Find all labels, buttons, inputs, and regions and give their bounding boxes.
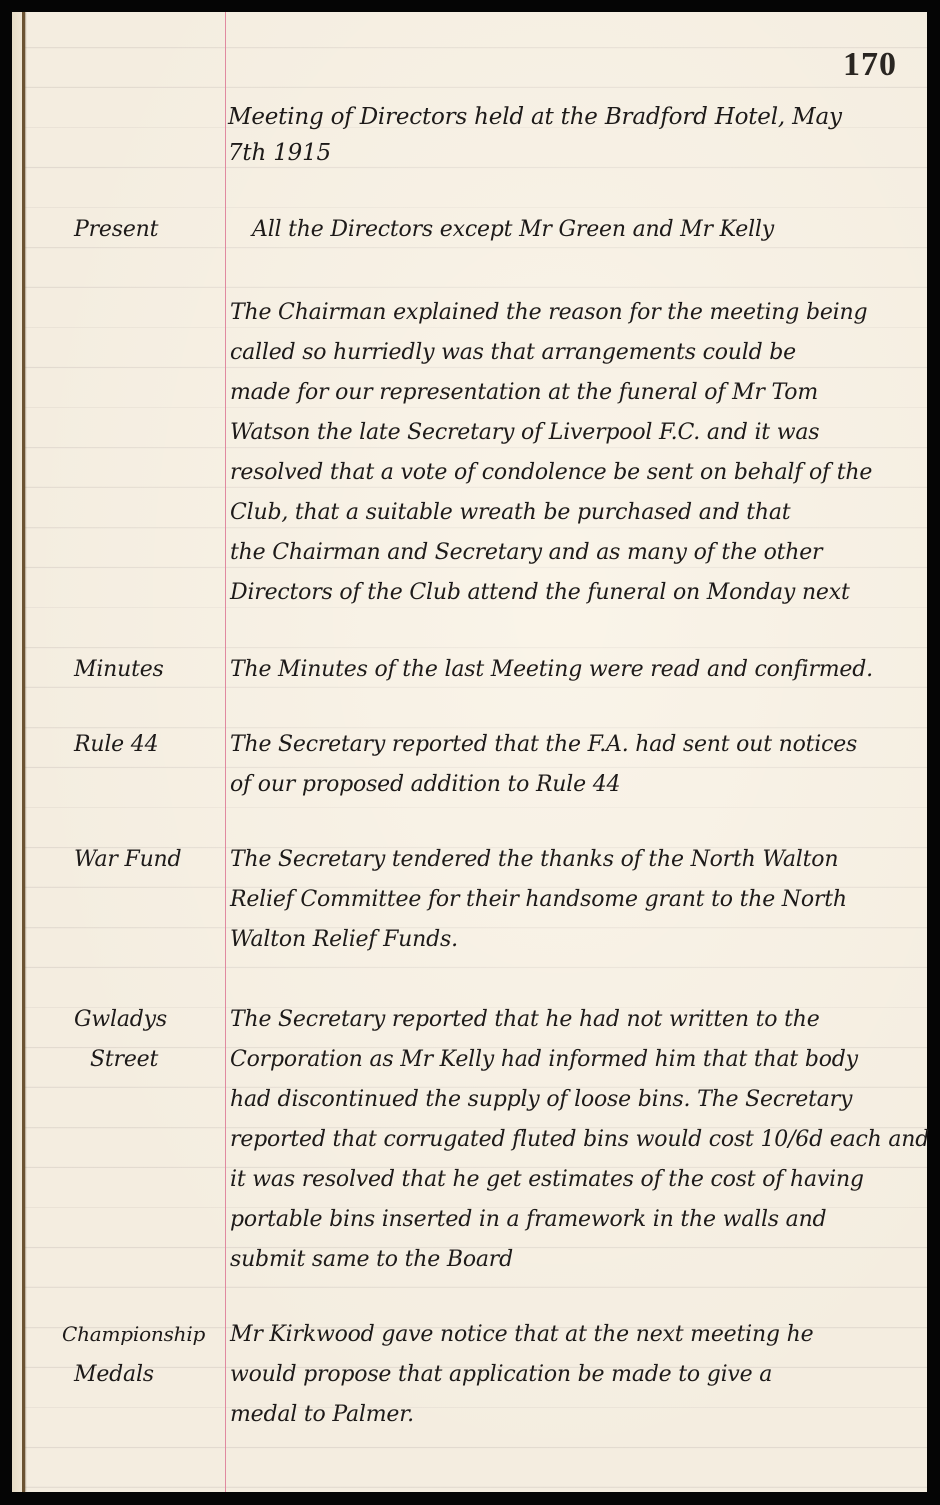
ledger-page: 170 Meeting of Directors held at the Bra… [12,12,927,1492]
label-present: Present [74,217,158,242]
label-street: Street [90,1047,158,1072]
binding-shadow [12,12,22,1492]
chairman-line-3: made for our representation at the funer… [230,380,818,405]
war-fund-line-1: The Secretary tendered the thanks of the… [230,847,838,872]
meeting-heading-line-2: 7th 1915 [228,140,331,166]
label-rule-44: Rule 44 [74,732,158,757]
gwladys-line-4: reported that corrugated fluted bins wou… [230,1127,929,1152]
championship-line-3: medal to Palmer. [230,1402,414,1427]
chairman-line-7: the Chairman and Secretary and as many o… [230,540,822,565]
page-number: 170 [843,46,897,84]
binding-line [22,12,25,1492]
label-championship: Championship [62,1322,205,1346]
gwladys-line-2: Corporation as Mr Kelly had informed him… [230,1047,858,1072]
championship-line-2: would propose that application be made t… [230,1362,772,1387]
gwladys-line-3: had discontinued the supply of loose bin… [230,1087,852,1112]
gwladys-line-1: The Secretary reported that he had not w… [230,1007,820,1032]
margin-rule [225,12,226,1492]
rule-44-line-2: of our proposed addition to Rule 44 [230,772,620,797]
chairman-line-1: The Chairman explained the reason for th… [230,300,867,325]
label-war-fund: War Fund [74,847,181,872]
gwladys-line-5: it was resolved that he get estimates of… [230,1167,864,1192]
gwladys-line-7: submit same to the Board [230,1247,513,1272]
minutes-text: The Minutes of the last Meeting were rea… [230,657,873,682]
chairman-line-6: Club, that a suitable wreath be purchase… [230,500,790,525]
label-gwladys: Gwladys [74,1007,167,1032]
gwladys-line-6: portable bins inserted in a framework in… [230,1207,826,1232]
chairman-line-4: Watson the late Secretary of Liverpool F… [230,420,819,445]
chairman-line-8: Directors of the Club attend the funeral… [230,580,850,605]
chairman-line-5: resolved that a vote of condolence be se… [230,460,872,485]
rule-44-line-1: The Secretary reported that the F.A. had… [230,732,857,757]
war-fund-line-3: Walton Relief Funds. [230,927,458,952]
present-text: All the Directors except Mr Green and Mr… [252,217,774,242]
meeting-heading-line-1: Meeting of Directors held at the Bradfor… [228,104,842,130]
war-fund-line-2: Relief Committee for their handsome gran… [230,887,847,912]
label-minutes: Minutes [74,657,164,682]
chairman-line-2: called so hurriedly was that arrangement… [230,340,796,365]
championship-line-1: Mr Kirkwood gave notice that at the next… [230,1322,813,1347]
label-medals: Medals [74,1362,154,1387]
